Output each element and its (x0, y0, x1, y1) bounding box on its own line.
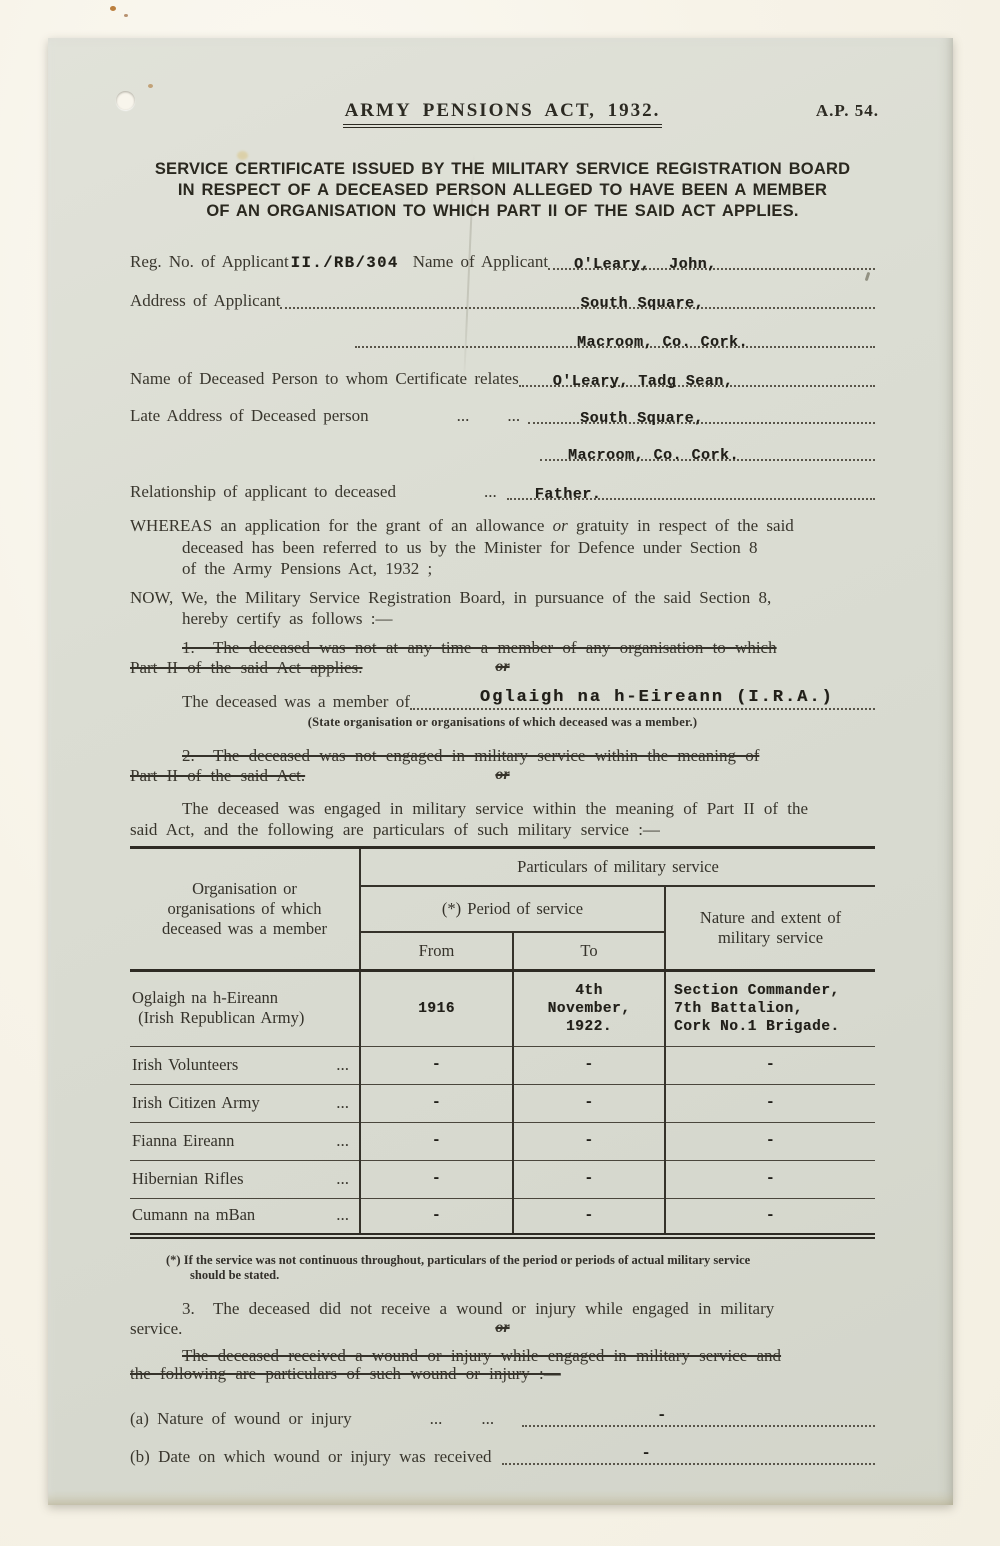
form-content: ARMY PENSIONS ACT, 1932. A.P. 54. SERVIC… (130, 38, 875, 1468)
table-row: Fianna Eireann... - - - (130, 1122, 875, 1160)
member-note: (State organisation or organisations of … (130, 715, 875, 730)
service-table: Organisation or organisations of which d… (130, 846, 875, 1240)
nature-value: - (666, 1207, 875, 1225)
deceased-name-label: Name of Deceased Person to whom Certific… (130, 369, 519, 389)
dotted-line: O'Leary, Tadg Sean, (519, 369, 875, 390)
nature-value: Section Commander, 7th Battalion, Cork N… (666, 982, 875, 1036)
leader-dots: ... (336, 1093, 349, 1113)
late-address-label: Late Address of Deceased person (130, 406, 369, 426)
rust-stain (110, 6, 116, 11)
field-reg-no: Reg. No. of Applicant II./RB/304 Name of… (130, 252, 875, 273)
whereas-text-1: WHEREAS an application for the grant of … (130, 516, 553, 535)
dotted-line: Oglaigh na h-Eireann (I.R.A.) (410, 692, 875, 713)
dotted-line: South Square, (528, 406, 875, 427)
wound-nature-value: - (657, 1407, 667, 1424)
reg-no-value: II./RB/304 (291, 254, 399, 272)
to-value: - (514, 1094, 664, 1112)
dotted-line: Father. (507, 482, 875, 503)
whereas-or-italic: or (553, 516, 568, 535)
particulars-header: Particulars of military service (360, 847, 875, 886)
address-label: Address of Applicant (130, 291, 280, 311)
field-late-address: Late Address of Deceased person ... ... … (130, 406, 875, 427)
table-row: Irish Citizen Army... - - - (130, 1084, 875, 1122)
org-name: Hibernian Rifles (132, 1169, 244, 1189)
from-value: - (361, 1207, 512, 1225)
nature-header: Nature and extent of military service (665, 886, 875, 971)
leader-dots: ... (336, 1131, 349, 1151)
from-value: 1916 (361, 1000, 512, 1018)
table-row: Cumann na mBan... - - - (130, 1198, 875, 1236)
certificate-heading: SERVICE CERTIFICATE ISSUED BY THE MILITA… (130, 159, 875, 222)
period-header: (*) Period of service (360, 886, 665, 932)
to-value: - (514, 1170, 664, 1188)
dotted-line: O'Leary, John, (548, 252, 875, 273)
rust-stain (124, 14, 128, 17)
from-value: - (361, 1056, 512, 1074)
org-name: Fianna Eireann (132, 1131, 234, 1151)
member-value: Oglaigh na h-Eireann (I.R.A.) (480, 688, 834, 707)
member-label: The deceased was a member of (182, 692, 410, 712)
field-address: Address of Applicant South Square, (130, 291, 875, 312)
field-relationship: Relationship of applicant to deceased ..… (130, 482, 875, 503)
from-value: - (361, 1132, 512, 1150)
from-value: - (361, 1170, 512, 1188)
to-value: - (514, 1132, 664, 1150)
field-wound-nature: (a) Nature of wound or injury ... ... - (130, 1409, 875, 1430)
to-header: To (513, 932, 665, 971)
or-separator: or (130, 658, 875, 678)
address-value-2: Macroom, Co. Cork. (577, 334, 748, 351)
nature-value: - (666, 1132, 875, 1150)
table-row: Hibernian Rifles... - - - (130, 1160, 875, 1198)
nature-value: - (666, 1056, 875, 1074)
now-paragraph: NOW, We, the Military Service Registrati… (130, 587, 875, 630)
engaged-paragraph: The deceased was engaged in military ser… (130, 798, 875, 840)
reg-no-label: Reg. No. of Applicant (130, 252, 289, 272)
document-page: ARMY PENSIONS ACT, 1932. A.P. 54. SERVIC… (48, 38, 953, 1505)
nature-value: - (666, 1170, 875, 1188)
org-column-header: Organisation or organisations of which d… (130, 847, 360, 970)
or-word: or (495, 766, 509, 783)
applicant-name-label: Name of Applicant (413, 252, 548, 272)
leader-dots: ... (484, 482, 497, 502)
dotted-line: South Square, (280, 291, 875, 312)
table-row: Oglaigh na h-Eireann (Irish Republican A… (130, 970, 875, 1046)
dotted-line: Macroom, Co. Cork. (355, 330, 875, 351)
dotted-line: - (502, 1447, 875, 1468)
wound-date-value: - (642, 1445, 652, 1462)
deceased-name-value: O'Leary, Tadg Sean, (553, 373, 734, 390)
dotted-line: - (522, 1409, 875, 1430)
late-address-value-2: Macroom, Co. Cork. (568, 447, 739, 464)
dotted-line: Macroom, Co. Cork. (540, 443, 875, 464)
leader-dots: ... (336, 1205, 349, 1225)
act-title: ARMY PENSIONS ACT, 1932. (343, 100, 663, 128)
org-name: Irish Citizen Army (132, 1093, 260, 1113)
form-number: A.P. 54. (816, 101, 879, 121)
leader-dots: ... (507, 406, 520, 426)
or-word: or (495, 658, 509, 675)
from-header: From (360, 932, 513, 971)
table-header: Organisation or organisations of which d… (130, 847, 875, 970)
table-footnote: (*) If the service was not continuous th… (166, 1253, 890, 1283)
field-deceased-name: Name of Deceased Person to whom Certific… (130, 369, 875, 390)
to-value: - (514, 1207, 664, 1225)
field-wound-date: (b) Date on which wound or injury was re… (130, 1447, 875, 1468)
table-row: Irish Volunteers... - - - (130, 1046, 875, 1084)
relationship-label: Relationship of applicant to deceased (130, 482, 396, 502)
leader-dots: ... (481, 1409, 494, 1429)
title-row: ARMY PENSIONS ACT, 1932. A.P. 54. (130, 100, 875, 134)
leader-dots: ... (336, 1169, 349, 1189)
wound-nature-label: (a) Nature of wound or injury (130, 1409, 352, 1429)
leader-dots: ... (336, 1055, 349, 1075)
to-value: - (514, 1056, 664, 1074)
relationship-value: Father. (535, 486, 602, 503)
nature-value: - (666, 1094, 875, 1112)
to-value: 4th November, 1922. (514, 982, 664, 1036)
or-separator: or (130, 1319, 875, 1339)
applicant-name-value: O'Leary, John, (574, 256, 717, 273)
or-separator: or (130, 766, 875, 786)
late-address-value-1: South Square, (580, 410, 704, 427)
whereas-paragraph: WHEREAS an application for the grant of … (130, 515, 875, 580)
wound-date-label: (b) Date on which wound or injury was re… (130, 1447, 492, 1467)
leader-dots: ... (430, 1409, 443, 1429)
or-word: or (495, 1319, 509, 1336)
org-name: Irish Volunteers (132, 1055, 238, 1075)
scan-background: ARMY PENSIONS ACT, 1932. A.P. 54. SERVIC… (0, 0, 1000, 1546)
field-address-line2: Macroom, Co. Cork. (130, 330, 875, 351)
address-value-1: South Square, (580, 295, 704, 312)
field-member-of: The deceased was a member of Oglaigh na … (130, 692, 875, 713)
leader-dots: ... (457, 406, 470, 426)
clause3-struck: The deceased received a wound or injury … (130, 1347, 875, 1383)
org-name: Cumann na mBan (132, 1205, 255, 1225)
field-late-address-line2: Macroom, Co. Cork. (130, 443, 875, 464)
org-name: Oglaigh na h-Eireann (Irish Republican A… (132, 988, 304, 1028)
from-value: - (361, 1094, 512, 1112)
